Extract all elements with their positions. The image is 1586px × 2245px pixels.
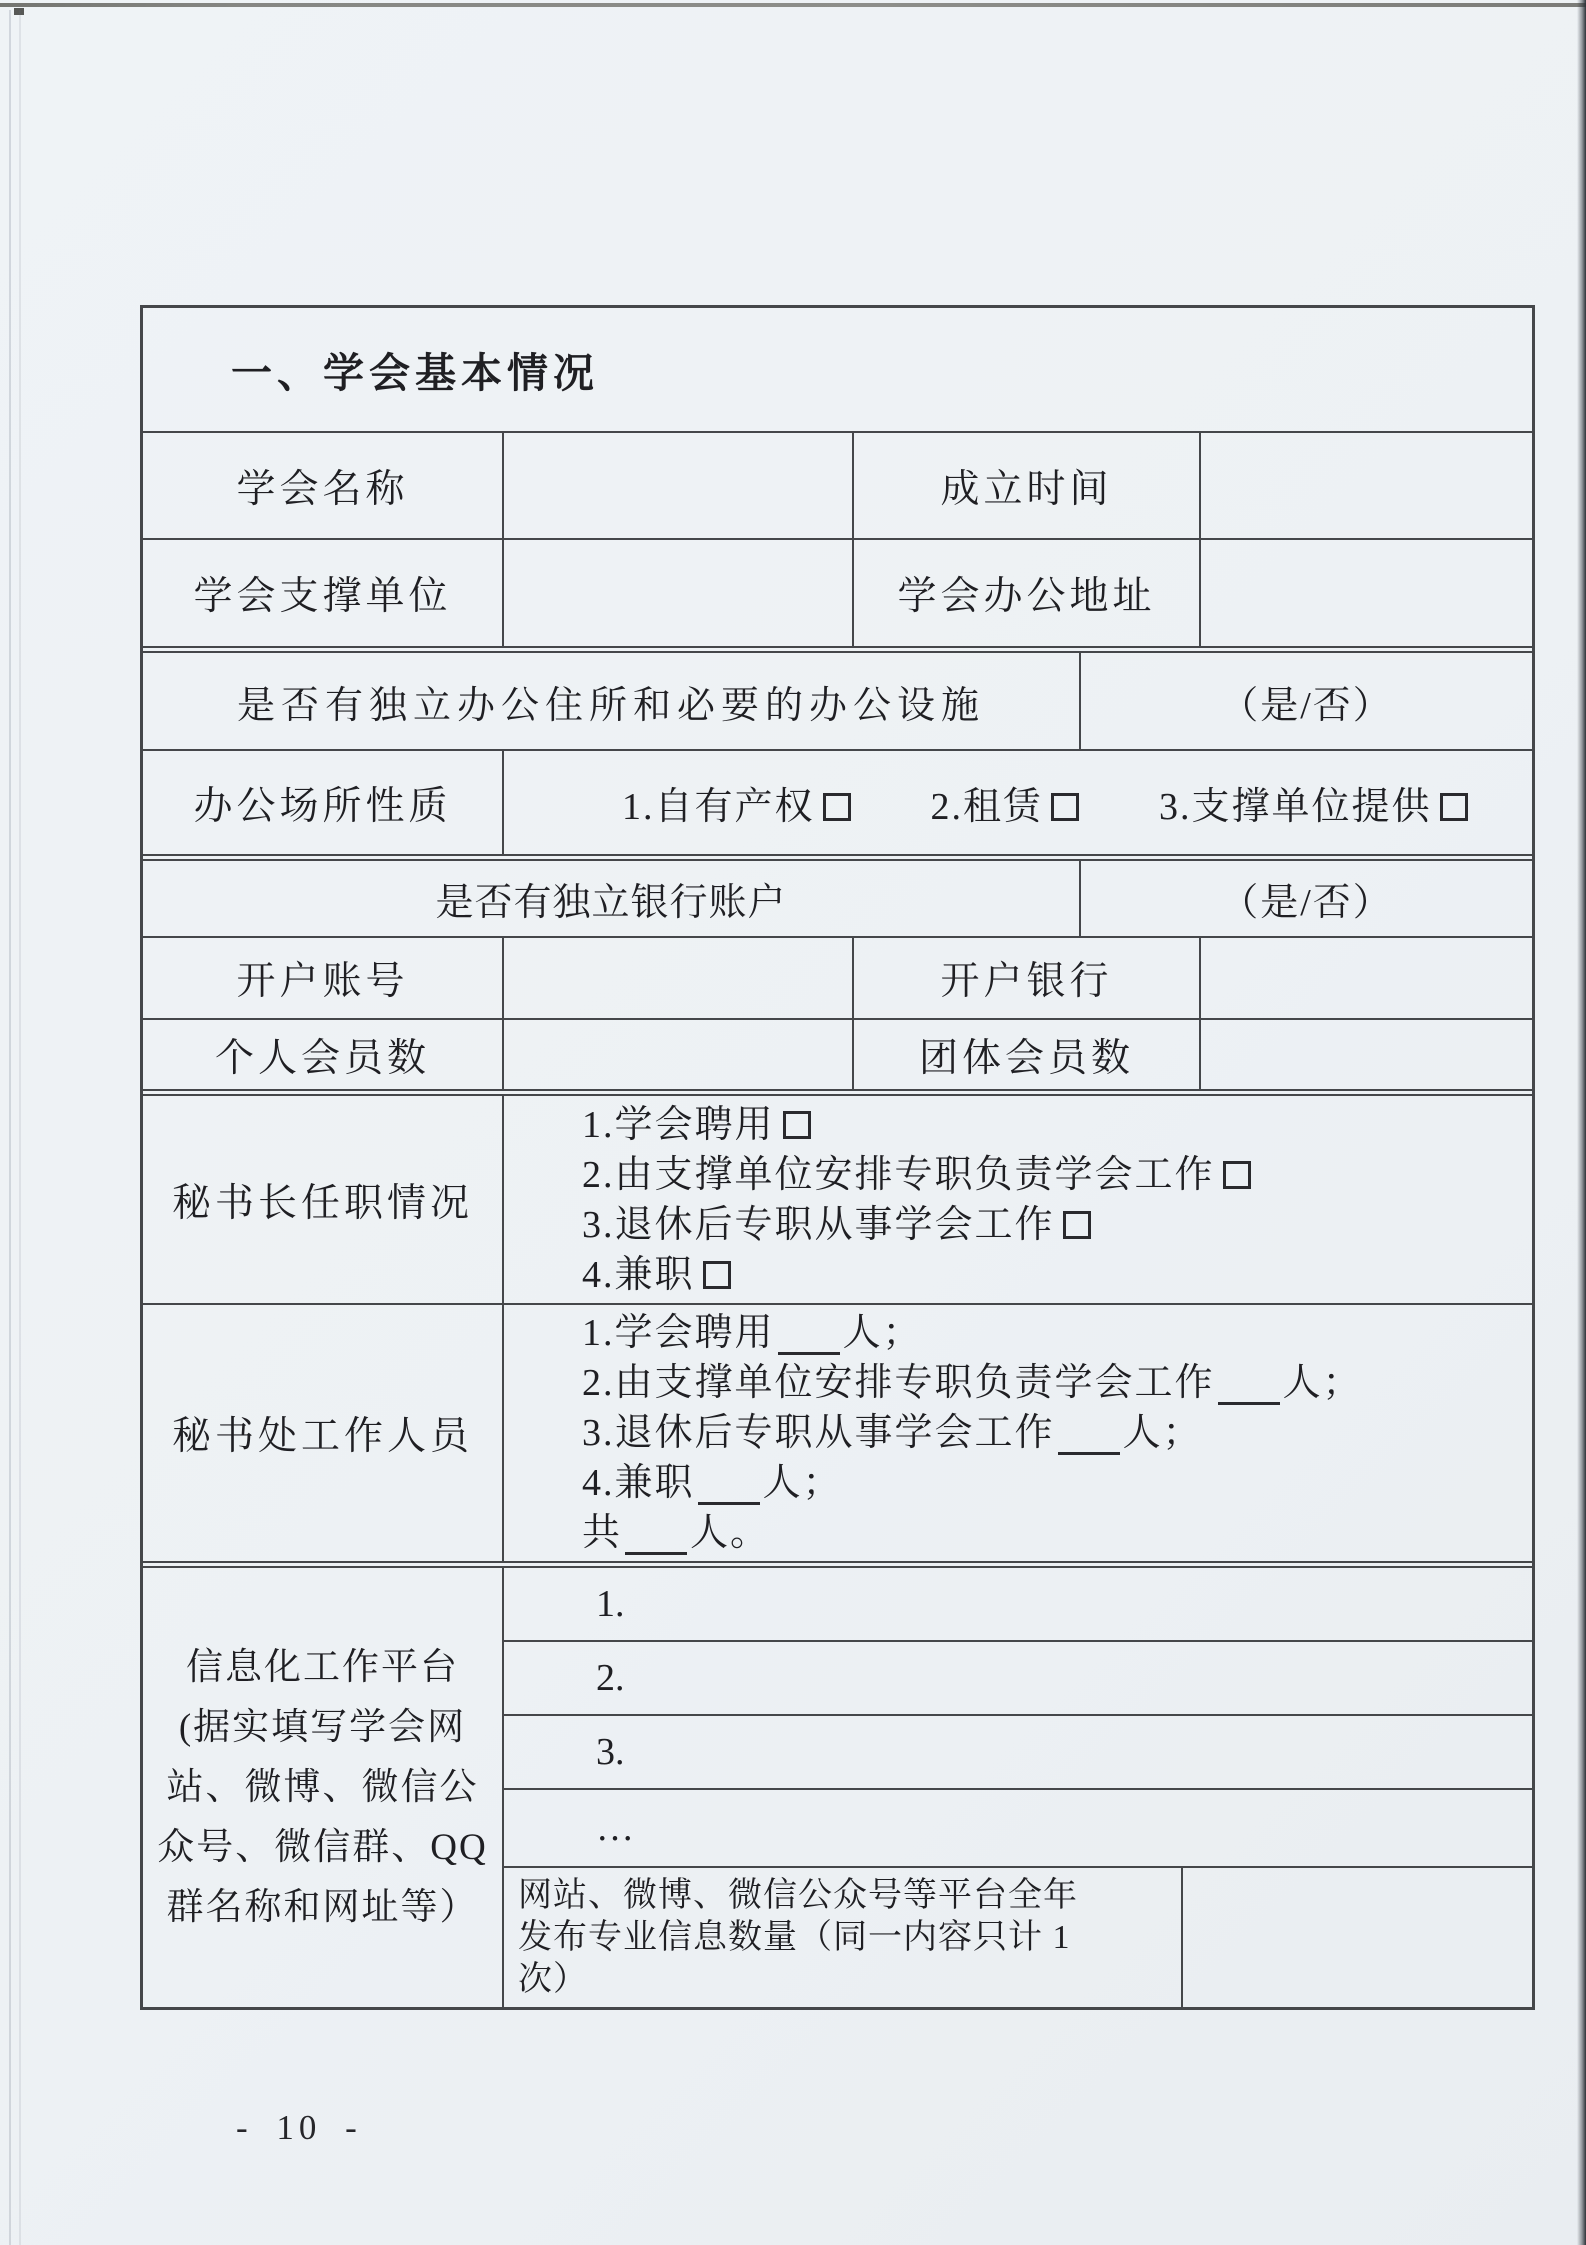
secgen-option-4: 4.兼职 [582, 1250, 731, 1300]
row-independent-bank: 是否有独立银行账户 （是/否） [143, 861, 1532, 938]
office-nature-options: 1.自有产权 2.租赁 3.支撑单位提供 [504, 751, 1532, 854]
row-society-name: 学会名称 成立时间 [143, 433, 1532, 540]
secgen-option-4-text: 4.兼职 [582, 1254, 695, 1296]
secgen-option-3: 3.退休后专职从事学会工作 [582, 1200, 1091, 1250]
platform-stat-line-3: 次） [518, 1959, 1175, 2001]
option-provided-by-support-unit: 3.支撑单位提供 [1159, 775, 1468, 830]
secretariat-line-2-post: 人； [1283, 1362, 1363, 1404]
checkbox-secgen-2 [1223, 1161, 1251, 1189]
secretariat-line-total: 共人。 [582, 1508, 770, 1558]
secretariat-line-3-pre: 3.退休后专职从事学会工作 [582, 1412, 1055, 1454]
checkbox-secgen-4 [703, 1261, 731, 1289]
secretary-general-options: 1.学会聘用 2.由支撑单位安排专职负责学会工作 3.退休后专职从事学会工作 4… [504, 1096, 1532, 1303]
platform-entry-2: 2. [504, 1642, 1532, 1714]
option-owned-property-text: 1.自有产权 [622, 786, 815, 828]
checkbox-secgen-3 [1063, 1211, 1091, 1239]
secgen-option-1: 1.学会聘用 [582, 1100, 811, 1150]
bank-name-value-cell [1201, 938, 1532, 1018]
fill-blank [1058, 1425, 1120, 1455]
secgen-option-3-text: 3.退休后专职从事学会工作 [582, 1204, 1055, 1246]
platform-stat-line-1: 网站、微博、微信公众号等平台全年 [518, 1875, 1175, 1917]
scan-right-edge-shadow [1577, 0, 1586, 2245]
secretariat-line-total-post: 人。 [690, 1512, 770, 1554]
platform-entry-ellipsis: … [504, 1790, 1532, 1866]
secretariat-line-1-pre: 1.学会聘用 [582, 1312, 775, 1354]
secgen-option-1-text: 1.学会聘用 [582, 1104, 775, 1146]
independent-bank-answer: （是/否） [1081, 861, 1532, 936]
support-unit-value-cell [504, 540, 854, 646]
group-members-value-cell [1201, 1020, 1532, 1089]
founding-time-value-cell [1201, 433, 1532, 538]
row-information-platform: 信息化工作平台 (据实填写学会网 站、微博、微信公 众号、微信群、QQ 群名称和… [143, 1568, 1532, 2007]
scan-left-streak [9, 10, 11, 2245]
secretariat-line-3-post: 人； [1123, 1412, 1203, 1454]
platform-entry-row-3: 3. [504, 1716, 1532, 1790]
platform-entry-row-more: … [504, 1790, 1532, 1868]
founding-time-label: 成立时间 [854, 433, 1201, 538]
platform-entry-1: 1. [504, 1568, 1532, 1640]
platform-label-line-5: 群名称和网址等） [167, 1878, 479, 1938]
option-provided-text: 3.支撑单位提供 [1159, 786, 1432, 828]
fill-blank [778, 1325, 840, 1355]
row-office-nature: 办公场所性质 1.自有产权 2.租赁 3.支撑单位提供 [143, 751, 1532, 861]
society-name-value-cell [504, 433, 854, 538]
secgen-option-2: 2.由支撑单位安排专职负责学会工作 [582, 1150, 1251, 1200]
platform-label-line-3: 站、微博、微信公 [167, 1758, 479, 1818]
scan-top-edge-artifact [0, 3, 1586, 7]
secretariat-staff-label: 秘书处工作人员 [143, 1305, 504, 1561]
independent-office-answer: （是/否） [1081, 653, 1532, 749]
row-support-unit: 学会支撑单位 学会办公地址 [143, 540, 1532, 653]
platform-label-line-2: (据实填写学会网 [179, 1698, 466, 1758]
secretariat-line-total-pre: 共 [582, 1512, 622, 1554]
row-account-number: 开户账号 开户银行 [143, 938, 1532, 1020]
office-nature-label: 办公场所性质 [143, 751, 504, 854]
checkbox-rented [1051, 793, 1079, 821]
secretariat-line-3: 3.退休后专职从事学会工作人； [582, 1408, 1203, 1458]
checkbox-provided [1440, 793, 1468, 821]
scan-left-streak-2 [19, 10, 21, 2245]
group-members-label: 团体会员数 [854, 1020, 1201, 1089]
row-member-counts: 个人会员数 团体会员数 [143, 1020, 1532, 1096]
option-rented: 2.租赁 [931, 775, 1080, 830]
platform-stat-value-cell [1183, 1868, 1532, 2007]
independent-office-question: 是否有独立办公住所和必要的办公设施 [143, 653, 1081, 749]
table-title-row: 一、学会基本情况 [143, 308, 1532, 433]
platform-stat-row: 网站、微博、微信公众号等平台全年 发布专业信息数量（同一内容只计 1 次） [504, 1868, 1532, 2007]
row-secretary-general: 秘书长任职情况 1.学会聘用 2.由支撑单位安排专职负责学会工作 3.退休后专职… [143, 1096, 1532, 1305]
secretariat-line-4: 4.兼职人； [582, 1458, 843, 1508]
platform-entry-row-1: 1. [504, 1568, 1532, 1642]
option-rented-text: 2.租赁 [931, 786, 1044, 828]
platform-label-line-4: 众号、微信群、QQ [157, 1818, 487, 1878]
secretariat-line-4-post: 人； [763, 1462, 843, 1504]
secgen-option-2-text: 2.由支撑单位安排专职负责学会工作 [582, 1154, 1215, 1196]
platform-entry-row-2: 2. [504, 1642, 1532, 1716]
information-platform-label: 信息化工作平台 (据实填写学会网 站、微博、微信公 众号、微信群、QQ 群名称和… [143, 1568, 504, 2007]
secretary-general-label: 秘书长任职情况 [143, 1096, 504, 1303]
row-independent-office: 是否有独立办公住所和必要的办公设施 （是/否） [143, 653, 1532, 751]
platform-label-line-1: 信息化工作平台 [186, 1638, 459, 1698]
platform-entry-3: 3. [504, 1716, 1532, 1788]
bank-name-label: 开户银行 [854, 938, 1201, 1018]
platform-stat-line-2: 发布专业信息数量（同一内容只计 1 [518, 1917, 1175, 1959]
office-address-label: 学会办公地址 [854, 540, 1201, 646]
society-basic-info-table: 一、学会基本情况 学会名称 成立时间 学会支撑单位 学会办公地址 是否有独立办公… [140, 305, 1535, 2010]
secretariat-staff-lines: 1.学会聘用人； 2.由支撑单位安排专职负责学会工作人； 3.退休后专职从事学会… [504, 1305, 1532, 1561]
checkbox-owned-property [823, 793, 851, 821]
fill-blank [1218, 1375, 1280, 1405]
option-owned-property: 1.自有产权 [622, 775, 851, 830]
page-number: - 10 - [236, 2108, 362, 2148]
individual-members-value-cell [504, 1020, 854, 1089]
secretariat-line-2: 2.由支撑单位安排专职负责学会工作人； [582, 1358, 1363, 1408]
account-number-label: 开户账号 [143, 938, 504, 1018]
section-title: 一、学会基本情况 [143, 340, 599, 399]
society-name-label: 学会名称 [143, 433, 504, 538]
office-address-value-cell [1201, 540, 1532, 646]
fill-blank [625, 1525, 687, 1555]
support-unit-label: 学会支撑单位 [143, 540, 504, 646]
independent-bank-question: 是否有独立银行账户 [143, 861, 1081, 936]
platform-stat-question: 网站、微博、微信公众号等平台全年 发布专业信息数量（同一内容只计 1 次） [504, 1868, 1183, 2007]
secretariat-line-2-pre: 2.由支撑单位安排专职负责学会工作 [582, 1362, 1215, 1404]
platform-entries: 1. 2. 3. … 网站、微博、微信公众号等平台全年 发布专业信息数量（同一内… [504, 1568, 1532, 2007]
individual-members-label: 个人会员数 [143, 1020, 504, 1089]
row-secretariat-staff: 秘书处工作人员 1.学会聘用人； 2.由支撑单位安排专职负责学会工作人； 3.退… [143, 1305, 1532, 1568]
secretariat-line-4-pre: 4.兼职 [582, 1462, 695, 1504]
account-number-value-cell [504, 938, 854, 1018]
checkbox-secgen-1 [783, 1111, 811, 1139]
scanned-form-page: 一、学会基本情况 学会名称 成立时间 学会支撑单位 学会办公地址 是否有独立办公… [0, 0, 1586, 2245]
secretariat-line-1-post: 人； [843, 1312, 923, 1354]
secretariat-line-1: 1.学会聘用人； [582, 1308, 923, 1358]
fill-blank [698, 1475, 760, 1505]
